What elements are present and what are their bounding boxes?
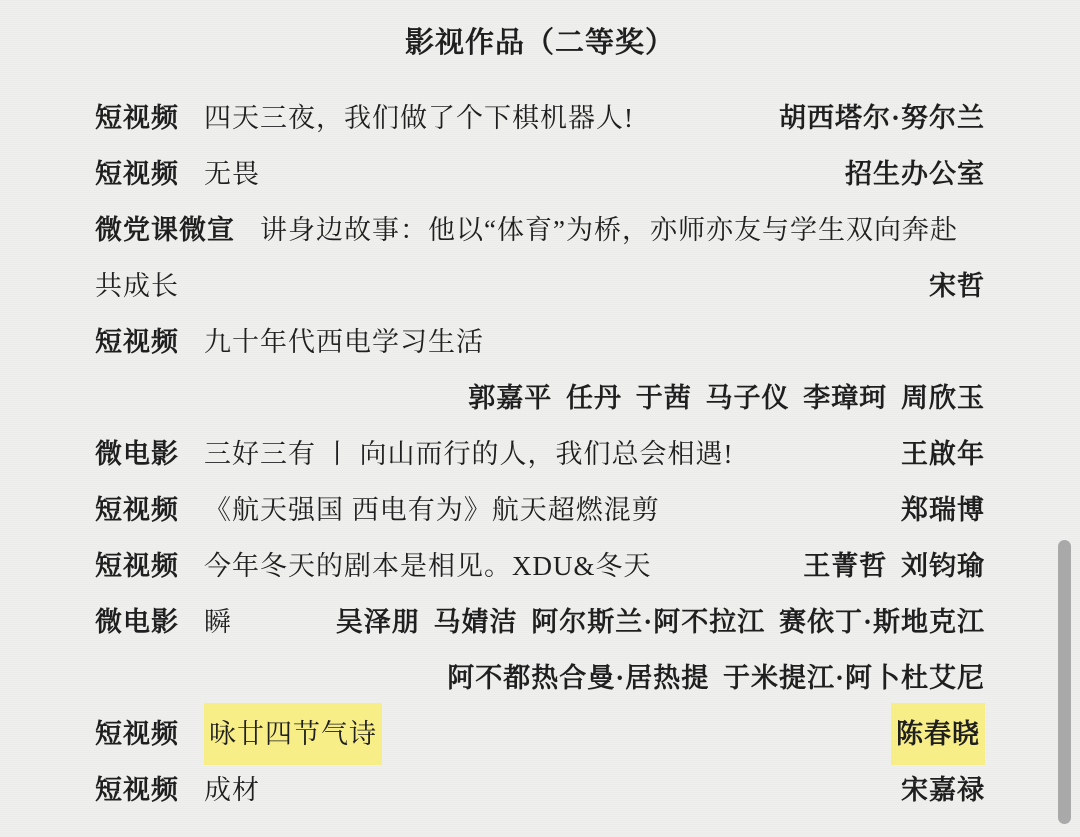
credits: 王啟年 — [901, 426, 985, 482]
category-label: 短视频 — [95, 146, 179, 202]
award-row: 微电影 瞬 吴泽朋 马婧洁 阿尔斯兰·阿不拉江 赛依丁·斯地克江 — [95, 594, 985, 650]
award-row: 微电影 三好三有 丨 向山而行的人，我们总会相遇! 王啟年 — [95, 426, 985, 482]
award-row: 短视频 无畏 招生办公室 — [95, 146, 985, 202]
work-title-highlighted: 咏廿四节气诗 — [204, 703, 382, 765]
credits: 郭嘉平 任丹 于茜 马子仪 李璋珂 周欣玉 — [468, 370, 985, 426]
document-page: 影视作品（二等奖） 短视频 四天三夜，我们做了个下棋机器人! 胡西塔尔·努尔兰 … — [0, 0, 1080, 837]
credits: 阿不都热合曼·居热提 于米提江·阿卜杜艾尼 — [447, 650, 985, 706]
credits: 郑瑞博 — [901, 482, 985, 538]
category-label: 微电影 — [95, 426, 179, 482]
work-title: 九十年代西电学习生活 — [204, 314, 484, 370]
award-row-continuation: 共成长 宋哲 — [95, 258, 985, 314]
work-title: 无畏 — [204, 146, 260, 202]
work-title: 《航天强国 西电有为》航天超燃混剪 — [204, 482, 660, 538]
work-title: 瞬 — [204, 594, 232, 650]
category-label: 短视频 — [95, 538, 179, 594]
credits: 王菁哲 刘钧瑜 — [803, 538, 985, 594]
work-title: 成材 — [204, 762, 260, 818]
scrollbar-thumb[interactable] — [1058, 540, 1071, 824]
credits-row: 阿不都热合曼·居热提 于米提江·阿卜杜艾尼 — [95, 650, 985, 706]
award-row-highlighted: 短视频 咏廿四节气诗 陈春晓 — [95, 706, 985, 762]
award-row: 短视频 九十年代西电学习生活 — [95, 314, 985, 370]
page-title: 影视作品（二等奖） — [95, 26, 985, 60]
award-row: 短视频 《航天强国 西电有为》航天超燃混剪 郑瑞博 — [95, 482, 985, 538]
award-row: 微党课微宣 讲身边故事：他以“体育”为桥，亦师亦友与学生双向奔赴 — [95, 202, 985, 258]
award-row: 短视频 四天三夜，我们做了个下棋机器人! 胡西塔尔·努尔兰 — [95, 90, 985, 146]
work-title: 讲身边故事：他以“体育”为桥，亦师亦友与学生双向奔赴 — [260, 202, 958, 258]
category-label: 短视频 — [95, 762, 179, 818]
category-label: 短视频 — [95, 90, 179, 146]
credits-highlighted: 陈春晓 — [891, 703, 985, 765]
award-row: 短视频 今年冬天的剧本是相见。XDU&冬天 王菁哲 刘钧瑜 — [95, 538, 985, 594]
award-row: 短视频 成材 宋嘉禄 — [95, 762, 985, 818]
credits: 宋哲 — [929, 258, 985, 314]
credits: 宋嘉禄 — [901, 762, 985, 818]
work-title: 今年冬天的剧本是相见。XDU&冬天 — [204, 538, 652, 594]
credits: 招生办公室 — [845, 146, 985, 202]
work-title: 三好三有 丨 向山而行的人，我们总会相遇! — [204, 426, 734, 482]
category-label: 微电影 — [95, 594, 179, 650]
work-title-continued: 共成长 — [95, 258, 179, 314]
category-label: 短视频 — [95, 482, 179, 538]
credits: 吴泽朋 马婧洁 阿尔斯兰·阿不拉江 赛依丁·斯地克江 — [336, 594, 985, 650]
category-label: 短视频 — [95, 314, 179, 370]
work-title: 四天三夜，我们做了个下棋机器人! — [204, 90, 634, 146]
category-label: 短视频 — [95, 706, 179, 762]
credits-row: 郭嘉平 任丹 于茜 马子仪 李璋珂 周欣玉 — [95, 370, 985, 426]
category-label: 微党课微宣 — [95, 202, 235, 258]
credits: 胡西塔尔·努尔兰 — [779, 90, 985, 146]
